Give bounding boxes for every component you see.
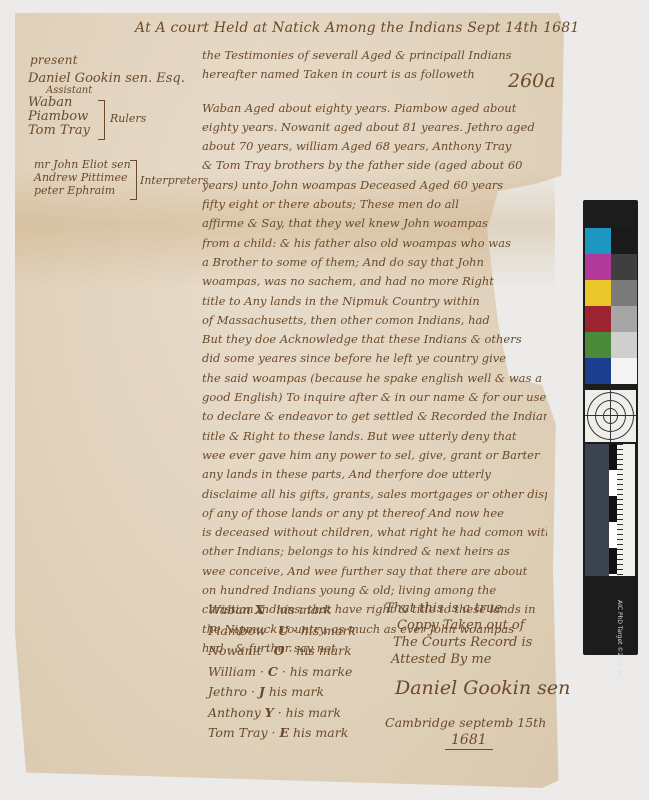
- testimony-line: good English) To inquire after & in our …: [202, 388, 547, 407]
- signatory-mark: Piambow · U · his mark: [208, 621, 356, 642]
- color-patch-red: [585, 306, 611, 332]
- testimony-line: fifty eight or there abouts; These men d…: [202, 195, 547, 214]
- grey-patch: [611, 306, 637, 332]
- signatory-mark: Anthony Y · his mark: [208, 703, 356, 724]
- attestation-block: That this is a true Coppy Taken out of T…: [385, 600, 570, 750]
- testimony-line: of Massachusetts, then other comon India…: [202, 311, 547, 330]
- testimony-line: on hundred Indians young & old; living a…: [202, 581, 547, 600]
- color-patch-green: [585, 332, 611, 358]
- attestation-line: That this is a true: [385, 600, 570, 617]
- color-patch-magenta: [585, 254, 611, 280]
- focus-target-icon: [585, 390, 636, 442]
- signature: Daniel Gookin sen: [395, 674, 570, 702]
- testimony-line: to declare & endeavor to get settled & R…: [202, 407, 547, 426]
- attestation-line: The Courts Record is: [393, 634, 570, 651]
- testimony-line: affirme & Say, that they wel knew John w…: [202, 214, 547, 233]
- ruler-name: Tom Tray: [28, 124, 185, 138]
- testimony-text: the Testimonies of severall Aged & princ…: [202, 46, 547, 658]
- interpreter-name: mr John Eliot sen: [34, 158, 131, 171]
- intro-line: the Testimonies of severall Aged & princ…: [202, 46, 547, 65]
- grey-patch: [611, 228, 637, 254]
- place-date: Cambridge septemb 15th: [385, 714, 570, 731]
- court-heading: At A court Held at Natick Among the Indi…: [135, 20, 580, 36]
- testimony-line: the said woampas (because he spake engli…: [202, 369, 547, 388]
- testimony-line: of any of those lands or any pt thereof …: [202, 504, 547, 523]
- testimony-line: woampas, was no sachem, and had no more …: [202, 272, 547, 291]
- color-patch-yellow: [585, 280, 611, 306]
- testimony-line: title to Any lands in the Nipmuk Country…: [202, 292, 547, 311]
- mark-glyph: Y: [265, 705, 274, 720]
- testimony-line: & Tom Tray brothers by the father side (…: [202, 156, 547, 175]
- color-patch-blue: [585, 358, 611, 384]
- intro-line: hereafter named Taken in court is as fol…: [202, 65, 547, 84]
- testimony-line: any lands in these parts, And therfore d…: [202, 465, 547, 484]
- attestation-line: Attested By me: [391, 651, 570, 668]
- mark-glyph: O: [274, 643, 285, 658]
- testimony-line: wee ever gave him any power to sel, give…: [202, 446, 547, 465]
- measurement-scale: [585, 444, 636, 576]
- mark-glyph: C: [268, 664, 278, 679]
- attendees-list: Daniel Gookin sen. Esq. Assistant Waban …: [28, 72, 185, 138]
- testimony-line: wee conceive, And wee further say that t…: [202, 562, 547, 581]
- testimony-line: from a child: & his father also old woam…: [202, 234, 547, 253]
- testimony-line: But they doe Acknowledge that these Indi…: [202, 330, 547, 349]
- signatory-mark: Jethro · J his mark: [208, 682, 356, 703]
- target-label: AIC PhD Target ©2011 AIC: [616, 600, 623, 680]
- testimony-line: about 70 years, william Aged 68 years, A…: [202, 137, 547, 156]
- mark-glyph: X: [255, 602, 265, 617]
- testimony-line: is deceased without children, what right…: [202, 523, 547, 542]
- grey-patch: [611, 332, 637, 358]
- testimony-line: eighty years. Nowanit aged about 81 year…: [202, 118, 547, 137]
- year: 1681: [445, 732, 493, 750]
- ruler-name: Waban: [28, 96, 185, 110]
- grey-patch: [611, 254, 637, 280]
- grey-patch: [611, 358, 637, 384]
- interpreter-name: Andrew Pittimee: [34, 171, 131, 184]
- rulers-bracket: [98, 100, 105, 140]
- testimony-line: a Brother to some of them; And do say th…: [202, 253, 547, 272]
- interpreters-role: Interpreters: [140, 174, 208, 187]
- signatory-mark: Nowanit · O · his mark: [208, 641, 356, 662]
- color-patch-cyan: [585, 228, 611, 254]
- present-label: present: [30, 53, 78, 67]
- signatory-mark: William · C · his marke: [208, 662, 356, 683]
- signatory-mark: Tom Tray · E his mark: [208, 723, 356, 744]
- mark-glyph: U: [278, 623, 289, 638]
- assistant-name: Daniel Gookin sen. Esq.: [28, 72, 185, 86]
- testimony-line: did some yeares since before he left ye …: [202, 349, 547, 368]
- interpreters-bracket: [130, 160, 137, 200]
- testimony-line: Waban Aged about eighty years. Piambow a…: [202, 99, 547, 118]
- color-calibration-target: AIC PhD Target ©2011 AIC: [583, 200, 638, 655]
- testimony-line: other Indians; belongs to his kindred & …: [202, 542, 547, 561]
- mark-glyph: J: [259, 684, 265, 699]
- interpreters-list: mr John Eliot sen Andrew Pittimee peter …: [34, 158, 131, 197]
- signatory-mark: Waban X · his mark: [208, 600, 356, 621]
- testimony-line: title & Right to these lands. But wee ut…: [202, 427, 547, 446]
- signatory-marks: Waban X · his mark Piambow · U · his mar…: [208, 600, 356, 744]
- rulers-role: Rulers: [110, 112, 146, 125]
- testimony-line: disclaime all his gifts, grants, sales m…: [202, 485, 547, 504]
- interpreter-name: peter Ephraim: [34, 184, 131, 197]
- mark-glyph: E: [279, 725, 289, 740]
- testimony-line: years) unto John woampas Deceased Aged 6…: [202, 176, 547, 195]
- ruler-name: Piambow: [28, 110, 185, 124]
- grey-patch: [611, 280, 637, 306]
- attestation-line: Coppy Taken out of: [397, 617, 570, 634]
